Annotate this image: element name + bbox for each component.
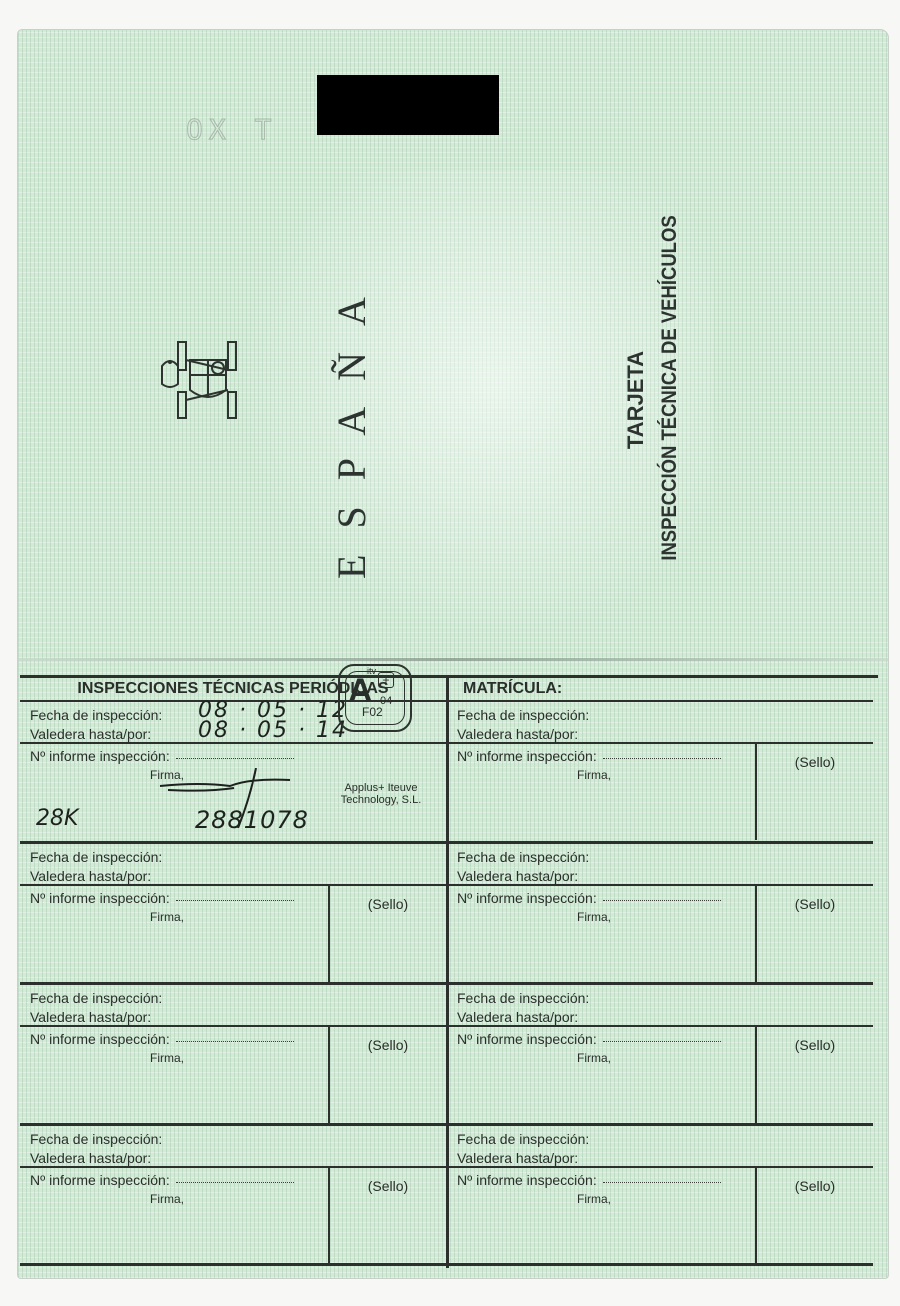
valedera-label: Valedera hasta/por: xyxy=(457,1149,873,1168)
informe-label: Nº informe inspección: xyxy=(30,1172,170,1188)
card-cover: OX T ESPAÑA TARJETA INSPECCIÓN TÉCNICA D… xyxy=(18,30,888,660)
firma-label: Firma, xyxy=(150,1192,184,1206)
firma-label: Firma, xyxy=(577,910,611,924)
firma-label: Firma, xyxy=(150,910,184,924)
firma-label: Firma, xyxy=(150,1051,184,1065)
plus-icon: + xyxy=(378,672,394,688)
sello-cell: (Sello) xyxy=(328,1168,446,1264)
informe-label: Nº informe inspección: xyxy=(457,1031,597,1047)
inspection-entry: Fecha de inspección: Valedera hasta/por:… xyxy=(20,844,446,985)
right-column: MATRÍCULA: Fecha de inspección: Valedera… xyxy=(447,678,873,1268)
valedera-label: Valedera hasta/por: xyxy=(30,1008,446,1027)
sello-cell: (Sello) xyxy=(328,1027,446,1123)
sello-cell: (Sello) xyxy=(755,744,873,840)
firma-label: Firma, xyxy=(577,768,611,782)
redacted-block xyxy=(317,75,499,135)
valedera-value: 08 · 05 · 14 xyxy=(198,721,348,740)
perforated-serial: OX T xyxy=(186,113,277,146)
informe-label: Nº informe inspección: xyxy=(30,890,170,906)
fecha-label: Fecha de inspección: xyxy=(457,848,873,867)
sello-cell: (Sello) xyxy=(755,1027,873,1123)
coat-of-arms-icon xyxy=(158,340,250,420)
country-name: ESPAÑA xyxy=(328,265,368,585)
sello-cell: (Sello) xyxy=(755,1168,873,1264)
card-title: INSPECCIÓN TÉCNICA DE VEHÍCULOS xyxy=(658,199,688,577)
inspection-entry: Fecha de inspección: Valedera hasta/por:… xyxy=(20,702,446,844)
valedera-label: Valedera hasta/por: xyxy=(30,867,446,886)
sello-cell: (Sello) xyxy=(328,886,446,982)
inspection-entry: Fecha de inspección: Valedera hasta/por:… xyxy=(20,1126,446,1266)
itv-stamp: itv A + 04 F02 xyxy=(338,664,412,732)
itv-card: OX T ESPAÑA TARJETA INSPECCIÓN TÉCNICA D… xyxy=(18,30,888,1278)
fecha-label: Fecha de inspección: xyxy=(457,1130,873,1149)
informe-label: Nº informe inspección: xyxy=(457,748,597,764)
valedera-label: Valedera hasta/por: xyxy=(457,1008,873,1027)
fecha-label: Fecha de inspección: xyxy=(30,1130,446,1149)
valedera-label: Valedera hasta/por: xyxy=(457,725,873,744)
fecha-label: Fecha de inspección: xyxy=(457,989,873,1008)
firma-label: Firma, xyxy=(577,1192,611,1206)
informe-label: Nº informe inspección: xyxy=(30,748,170,764)
fold-crease xyxy=(18,658,888,661)
matricula-header: MATRÍCULA: xyxy=(447,678,873,702)
inspection-entry: Fecha de inspección: Valedera hasta/por:… xyxy=(447,985,873,1126)
stamp-company: Applus+ Iteuve Technology, S.L. xyxy=(338,782,424,806)
firma-label: Firma, xyxy=(577,1051,611,1065)
inspection-entry: Fecha de inspección: Valedera hasta/por:… xyxy=(447,844,873,985)
fecha-label: Fecha de inspección: xyxy=(457,706,873,725)
inspection-entry: Fecha de inspección: Valedera hasta/por:… xyxy=(20,985,446,1126)
valedera-label: Valedera hasta/por: xyxy=(30,1149,446,1168)
handwritten-code: 28K xyxy=(36,806,78,831)
fecha-label: Fecha de inspección: xyxy=(30,989,446,1008)
left-column: INSPECCIONES TÉCNICAS PERIÓDICAS Fecha d… xyxy=(20,678,449,1268)
fecha-label: Fecha de inspección: xyxy=(30,848,446,867)
informe-label: Nº informe inspección: xyxy=(30,1031,170,1047)
informe-label: Nº informe inspección: xyxy=(457,1172,597,1188)
stamp-code: F02 xyxy=(362,703,383,722)
sello-cell: (Sello) xyxy=(755,886,873,982)
inspection-entry: Fecha de inspección: Valedera hasta/por:… xyxy=(447,1126,873,1266)
handwritten-number: 2881078 xyxy=(195,806,309,834)
informe-label: Nº informe inspección: xyxy=(457,890,597,906)
inspection-table: INSPECCIONES TÉCNICAS PERIÓDICAS Fecha d… xyxy=(20,675,878,1268)
card-word: TARJETA xyxy=(623,300,653,500)
valedera-label: Valedera hasta/por: xyxy=(457,867,873,886)
inspection-entry: Fecha de inspección: Valedera hasta/por:… xyxy=(447,702,873,844)
